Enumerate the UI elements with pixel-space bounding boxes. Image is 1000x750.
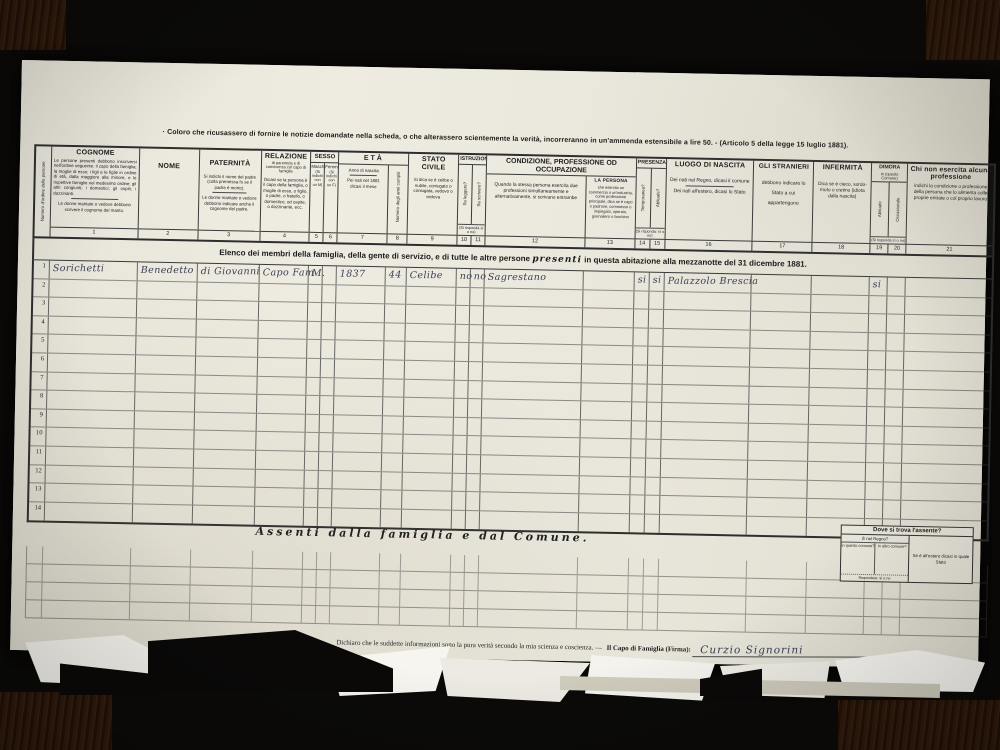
grid-cell — [318, 508, 332, 527]
grid-cell — [454, 380, 468, 398]
entry-sa_leggere: no — [460, 271, 473, 282]
entry-sa_scrivere: no — [474, 271, 487, 282]
abituale-label: Abituale? — [655, 189, 660, 207]
grid-cell — [662, 366, 750, 385]
grid-cell — [648, 347, 663, 365]
grid-cell — [306, 433, 320, 451]
row-number: 2 — [33, 279, 49, 297]
entry-anni: 44 — [389, 270, 402, 281]
grid-cell — [807, 499, 865, 518]
grid-cell — [405, 342, 455, 361]
grid-cell — [811, 332, 869, 351]
grid-cell — [634, 291, 649, 309]
header-col-paternita: PATERNITÀ Si indichi il nome del padre (… — [198, 150, 262, 241]
relazione-desc: Dicasi se la persona è il capo della fam… — [261, 174, 311, 212]
grid-cell — [661, 422, 749, 441]
grid-cell — [331, 552, 380, 570]
grid-cell — [904, 334, 990, 353]
grid-cell — [578, 557, 629, 575]
grid-cell — [643, 577, 658, 594]
grid-cell — [456, 306, 470, 324]
grid-cell — [332, 489, 381, 508]
grid-cell — [196, 338, 258, 357]
grid-cell — [305, 452, 319, 470]
col-number: 8 — [388, 233, 407, 243]
col-number: 2 — [138, 228, 197, 239]
row-number: 3 — [33, 297, 49, 315]
grid-cell — [453, 436, 467, 454]
grid-cell — [42, 601, 130, 620]
grid-cell — [468, 418, 482, 436]
istruzione-note: (Si risponda sì o no) — [458, 223, 485, 235]
nome-title: NOME — [140, 148, 199, 171]
header-col-chi-non-esercita: Chi non esercita alcuna professione indi… — [906, 164, 994, 256]
grid-cell — [330, 570, 379, 588]
grid-cell — [645, 459, 660, 477]
grid-cell — [404, 398, 454, 417]
row-number: 13 — [29, 483, 45, 501]
grid-cell — [866, 463, 884, 481]
grid-cell — [480, 511, 579, 532]
entry-sesso: M. — [312, 268, 326, 279]
grid-cell — [750, 368, 810, 387]
grid-cell — [810, 350, 868, 369]
wood-corner-bottom-right — [838, 700, 1000, 750]
grid-cell — [746, 615, 806, 633]
header-col-condizione: CONDIZIONE, PROFESSIONE OD OCCUPAZIONE Q… — [485, 155, 636, 248]
grid-cell — [482, 399, 581, 419]
grid-cell — [319, 452, 333, 470]
grid-cell — [577, 575, 628, 593]
header-col-stato-civile: STATO CIVILE Si dica se è celibe o nubil… — [408, 154, 460, 245]
grid-cell — [43, 547, 131, 566]
grid-cell — [47, 372, 135, 391]
grid-cell — [335, 359, 384, 378]
col-number: 14 — [635, 239, 650, 248]
grid-cell — [133, 504, 193, 524]
grid-cell — [811, 313, 869, 332]
grid-cell — [334, 434, 383, 453]
grid-cell — [403, 454, 453, 473]
grid-cell — [456, 287, 470, 305]
grid-cell — [647, 384, 662, 402]
grid-cell — [383, 397, 404, 415]
grid-cell — [882, 599, 900, 616]
elenco-post: in questa abitazione alla mezzanotte del… — [584, 255, 807, 268]
grid-cell — [402, 509, 452, 529]
grid-cell — [257, 395, 307, 414]
grid-cell — [255, 488, 305, 507]
grid-cell — [633, 310, 648, 328]
grid-cell — [628, 612, 643, 629]
presenza-note: (Si risponda: sì o no) — [635, 227, 664, 239]
grid-cell — [632, 402, 647, 420]
col-number: 11 — [471, 236, 484, 245]
grid-cell — [466, 474, 480, 492]
anni-compiti-col: Numero degli anni compiti 8 — [388, 165, 408, 244]
grid-cell — [808, 480, 866, 499]
grid-cell — [578, 513, 629, 533]
elenco-pre: Elenco dei membri della famiglia, della … — [219, 248, 530, 263]
grid-cell — [883, 501, 901, 519]
grid-cell — [888, 277, 906, 295]
grid-cell — [322, 303, 336, 321]
entry-nome: Benedetto — [141, 265, 194, 276]
grid-cell — [450, 609, 464, 626]
grid-cell — [663, 329, 751, 348]
grid-cell — [302, 606, 316, 623]
grid-cell — [465, 555, 479, 572]
grid-cell — [322, 322, 336, 340]
grid-cell — [752, 293, 812, 312]
grid-cell — [884, 482, 902, 500]
grid-cell — [400, 608, 450, 626]
row-number: 9 — [31, 409, 47, 427]
grid-cell — [134, 430, 194, 449]
entry-paternita: di Giovanni — [200, 266, 259, 277]
entry-presenza_temporanea: si — [637, 274, 646, 285]
grid-cell — [194, 449, 256, 468]
grid-cell — [643, 595, 658, 612]
grid-cell — [308, 322, 322, 340]
declaration-text: Dichiaro che le suddette informazioni so… — [336, 639, 602, 651]
grid-cell — [257, 376, 307, 395]
grid-cell — [48, 316, 136, 335]
grid-cell — [136, 318, 196, 337]
grid-cell — [49, 298, 137, 317]
header-col-stranieri: GLI STRANIERI debbono indicare lo Stato … — [753, 161, 815, 252]
grid-cell — [255, 451, 305, 470]
grid-cell: M. — [309, 266, 323, 284]
grid-cell — [400, 590, 450, 608]
col-number: 9 — [408, 234, 457, 245]
grid-cell — [659, 559, 747, 578]
grid-cell — [864, 581, 882, 598]
header-col-infermita: INFERMITÀ Dica se è cieco, sordo-muto o … — [813, 162, 873, 253]
grid-cell — [644, 559, 659, 576]
grid-cell — [868, 370, 886, 388]
luogo-desc2: Dei nati all'estero, dicasi lo Stato — [666, 187, 753, 197]
grid-cell — [869, 296, 887, 314]
grid-cell — [191, 549, 253, 567]
grid-cell — [255, 469, 305, 488]
grid-cell — [643, 613, 658, 630]
grid-cell — [470, 288, 484, 306]
grid-cell — [452, 510, 466, 529]
grid-cell — [632, 384, 647, 402]
grid-cell — [864, 599, 882, 616]
grid-cell — [905, 315, 991, 334]
grid-cell — [47, 409, 135, 428]
col-number: 12 — [485, 235, 584, 247]
grid-cell — [302, 570, 316, 587]
grid-cell — [468, 381, 482, 399]
header-col-numero-ordine: Numero d'ordine delle persone — [34, 146, 52, 236]
grid-cell — [661, 440, 749, 459]
grid-cell — [385, 323, 406, 341]
grid-cell — [405, 361, 455, 380]
grid-cell — [749, 442, 809, 461]
grid-cell — [752, 275, 812, 294]
grid-cell — [382, 472, 403, 490]
grid-cell — [900, 600, 986, 619]
col-number: 18 — [813, 242, 870, 253]
grid-cell — [869, 333, 887, 351]
grid-cell — [197, 282, 259, 301]
grid-cell — [379, 589, 400, 606]
grid-cell — [581, 364, 632, 383]
grid-cell — [886, 370, 904, 388]
entry-luogo_nascita: Palazzolo Brescia — [667, 276, 758, 287]
grid-cell — [380, 553, 401, 570]
grid-cell — [904, 352, 990, 371]
grid-cell — [903, 408, 989, 427]
grid-cell — [811, 294, 869, 313]
grid-cell — [307, 359, 321, 377]
firma-label: Il Capo di Famiglia (Firma): — [607, 645, 691, 654]
dove-questo-comune: in questo comune? — [841, 543, 876, 575]
grid-cell — [401, 554, 451, 572]
grid-cell — [583, 271, 634, 290]
grid-cell — [748, 461, 808, 480]
grid-cell — [480, 474, 579, 494]
grid-cell — [190, 603, 252, 621]
col-number: 3 — [198, 230, 259, 241]
grid-cell — [868, 351, 886, 369]
grid-cell — [305, 470, 319, 488]
entry-stato_civile: Celibe — [410, 270, 443, 281]
grid-cell — [750, 349, 810, 368]
grid-cell — [45, 465, 133, 484]
grid-cell — [464, 591, 478, 608]
row-number: 8 — [31, 390, 47, 408]
grid-cell: si — [870, 277, 888, 295]
grid-cell — [381, 490, 402, 508]
anno-nascita-label: Anno di nascita — [339, 164, 388, 174]
grid-cell — [136, 355, 196, 374]
infermita-desc: Dica se è cieco, sordo-muto o cretino (i… — [814, 172, 871, 202]
grid-cell — [581, 383, 632, 402]
header-col-eta: ETÀ Anno di nascita Pei nati nel 1881 di… — [338, 152, 410, 243]
grid-cell — [320, 433, 334, 451]
grid-cell — [137, 300, 197, 319]
grid-cell — [630, 495, 645, 513]
grid-cell — [630, 477, 645, 495]
maschile-note: (Si indichi con un M) — [311, 168, 324, 188]
grid-cell — [197, 301, 259, 320]
grid-cell — [45, 502, 133, 522]
col-number: 10 — [457, 236, 471, 245]
presenza-abituale-col: Abituale? — [650, 168, 665, 227]
grid-cell — [884, 463, 902, 481]
grid-cell — [454, 417, 468, 435]
grid-cell — [658, 595, 746, 614]
grid-cell — [453, 455, 467, 473]
grid-cell — [26, 582, 42, 599]
grid-cell — [27, 564, 43, 581]
grid-cell — [583, 290, 634, 309]
grid-cell — [628, 594, 643, 611]
grid-cell — [812, 276, 870, 295]
grid-cell — [131, 566, 191, 584]
row-number: 10 — [30, 428, 46, 446]
grid-cell — [403, 435, 453, 454]
header-col-sesso: SESSO Maschile (Si indichi con un M) 5 F… — [310, 152, 340, 243]
sa-scrivere-label: Sa scrivere? — [476, 182, 482, 207]
grid-cell — [456, 325, 470, 343]
grid-cell — [469, 325, 483, 343]
grid-cell — [42, 583, 130, 602]
stato-civile-desc: Si dica se è celibe o nubile, coniugato … — [408, 171, 457, 201]
grid-cell — [747, 561, 807, 579]
grid-cell — [191, 567, 253, 585]
grid-cell — [385, 286, 406, 304]
grid-cell — [902, 464, 988, 483]
entry-relazione: Capo Fam. — [262, 267, 317, 278]
dove-note: Rispondere: sì o no — [841, 574, 909, 582]
grid-cell — [405, 379, 455, 398]
grid-cell — [629, 514, 644, 533]
anno-nascita-note: Pei nati nel 1881 dicasi il mese — [339, 177, 388, 191]
grid-cell — [644, 514, 659, 533]
grid-cell — [867, 426, 885, 444]
grid-cell — [400, 572, 450, 590]
header-col-cognome: COGNOME Le persone presenti debbono insc… — [50, 147, 140, 239]
grid-cell — [482, 381, 581, 401]
grid-cell — [134, 411, 194, 430]
grid-cell — [632, 365, 647, 383]
grid-cell — [455, 343, 469, 361]
grid-cell — [904, 371, 990, 390]
grid-cell — [633, 328, 648, 346]
grid-cell — [658, 577, 746, 596]
grid-cell — [406, 286, 456, 305]
anni-compiti-label: Numero degli anni compiti — [395, 171, 401, 222]
grid-cell — [402, 491, 452, 510]
grid-cell — [751, 312, 811, 331]
chi-non-title: Chi non esercita alcuna professione — [908, 164, 994, 183]
grid-cell — [467, 455, 481, 473]
grid-cell — [470, 306, 484, 324]
grid-cell — [135, 374, 195, 393]
grid-cell — [27, 546, 43, 563]
grid-cell — [469, 362, 483, 380]
grid-cell — [335, 341, 384, 360]
grid-cell — [258, 302, 308, 321]
grid-cell — [336, 322, 385, 341]
cognome-desc: Le persone presenti debbono inscriversi … — [51, 156, 139, 198]
grid-cell — [648, 328, 663, 346]
grid-cell — [882, 617, 900, 634]
elenco-presenti: presenti — [532, 254, 582, 265]
paternita-desc2: Le donne maritate o vedove debbono indic… — [199, 194, 260, 214]
grid-cell — [302, 588, 316, 605]
grid-cell — [320, 415, 334, 433]
grid-cell — [131, 548, 191, 566]
row-number: 14 — [29, 502, 45, 521]
grid-cell — [660, 496, 748, 515]
grid-cell: 44 — [386, 267, 407, 285]
grid-cell — [136, 337, 196, 356]
grid-cell — [808, 443, 866, 462]
grid-cell: Capo Fam. — [259, 265, 309, 284]
grid-cell — [884, 445, 902, 463]
grid-cell — [133, 485, 193, 504]
grid-cell — [384, 379, 405, 397]
grid-cell — [252, 605, 302, 623]
grid-cell — [306, 415, 320, 433]
header-col-relazione: RELAZIONE di parentela e di convivenza c… — [260, 151, 312, 242]
grid-cell — [747, 516, 807, 536]
grid-cell — [317, 552, 331, 569]
entry-anno_nascita: 1837 — [340, 269, 366, 280]
grid-cell — [867, 389, 885, 407]
grid-cell: Palazzolo Brescia — [664, 273, 752, 292]
grid-cell — [452, 492, 466, 510]
col-number: 16 — [665, 239, 752, 251]
grid-cell — [381, 509, 402, 528]
entry-cognome: Sorichetti — [53, 263, 105, 274]
grid-cell — [662, 403, 750, 422]
grid-cell — [193, 468, 255, 487]
header-col-luogo-nascita: LUOGO DI NASCITA Dei nati nel Regno, dic… — [665, 159, 755, 251]
luogo-desc: Dei nati nel Regno, dicasi il comune — [666, 169, 753, 186]
grid-cell — [582, 346, 633, 365]
grid-cell — [806, 616, 864, 634]
grid-cell — [48, 335, 136, 354]
grid-cell — [903, 427, 989, 446]
grid-cell — [253, 551, 303, 569]
stranieri-desc: debbono indicare lo Stato a cui apparten… — [754, 170, 814, 210]
census-sheet: · Coloro che ricusassero di fornire le n… — [10, 60, 990, 669]
grid-cell — [660, 477, 748, 496]
col-number: 1 — [50, 227, 137, 239]
grid-cell — [809, 425, 867, 444]
grid-cell — [483, 362, 582, 382]
grid-cell — [257, 358, 307, 377]
grid-cell — [478, 573, 577, 592]
grid-cell — [321, 359, 335, 377]
temporanea-label: Temporanea? — [640, 184, 646, 211]
grid-cell — [196, 319, 258, 338]
signature-ink: Curzio Signorini — [693, 644, 874, 657]
sa-leggere-label: Sa leggere? — [462, 182, 468, 206]
entry-dimora_abituale: si — [873, 279, 882, 290]
grid-cell — [658, 613, 746, 632]
grid-cell — [332, 508, 381, 528]
sa-scrivere-col: Sa scrivere? — [472, 165, 486, 224]
grid-cell — [663, 347, 751, 366]
grid-cell — [648, 310, 663, 328]
femminile-note: (Si indichi con un F) — [325, 169, 338, 189]
grid-cell — [383, 416, 404, 434]
grid-cell — [478, 591, 577, 610]
cognome-desc2: Le donne maritate o vedove debbono scriv… — [51, 200, 138, 215]
grid-cell — [577, 611, 628, 629]
grid-cell — [384, 342, 405, 360]
grid-cell — [886, 352, 904, 370]
grid-cell — [809, 406, 867, 425]
grid-cell — [662, 384, 750, 403]
row-number: 7 — [31, 372, 47, 390]
grid-cell — [404, 416, 454, 435]
grid-cell — [307, 377, 321, 395]
grid-cell — [906, 278, 992, 297]
grid-cell — [808, 462, 866, 481]
grid-cell — [254, 506, 304, 526]
header-col-nome: NOME 2 — [138, 148, 200, 239]
grid-cell — [659, 515, 747, 535]
